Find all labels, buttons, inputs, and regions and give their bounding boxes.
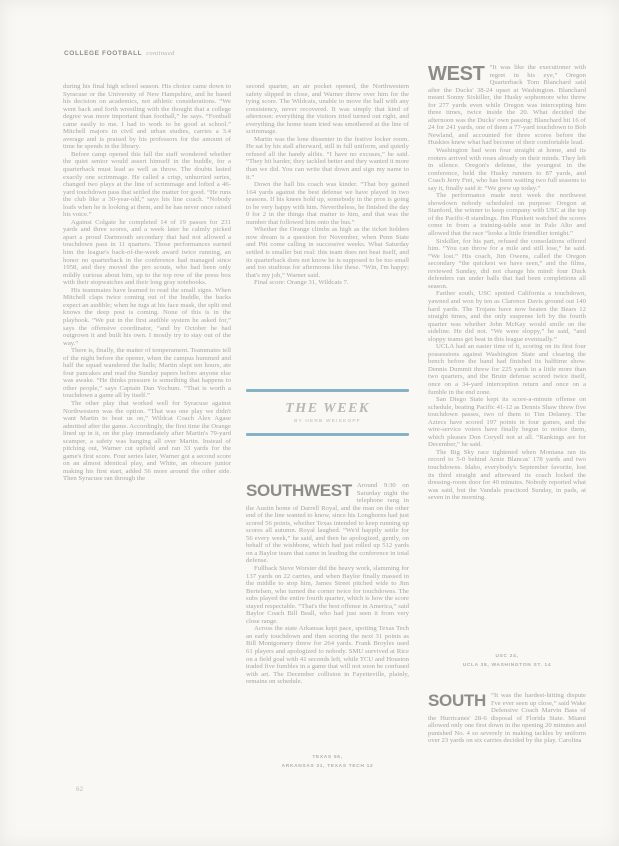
the-week-title: THE WEEK	[246, 401, 409, 417]
body-paragraph: The other play that worked well for Syra…	[63, 400, 231, 483]
the-week-box: THE WEEK by HERB WEISKOPF	[246, 389, 409, 436]
west-section: WEST “It was like the executioner with r…	[428, 64, 586, 648]
body-paragraph: Whether the Orange climbs as high as the…	[246, 226, 409, 279]
middle-column-top: second quarter, an air pocket opened, th…	[246, 83, 409, 364]
body-paragraph: Fullback Steve Worster did the heavy wor…	[246, 565, 409, 625]
body-paragraph: Sixkiller, for his part, refused the con…	[428, 238, 586, 291]
southwest-scores: TEXAS 56, ARKANSAS 31, TEXAS TECH 12	[246, 753, 409, 771]
body-paragraph: Against Colgate he completed 14 of 19 pa…	[63, 219, 231, 287]
body-paragraph: UCLA had an easier time of it, scoring o…	[428, 343, 586, 396]
body-paragraph: Down the hall his coach was kinder. “Tha…	[246, 181, 409, 226]
page-number: 62	[76, 786, 83, 793]
the-week-byline: by HERB WEISKOPF	[246, 419, 409, 424]
body-paragraph: Washington had won four straight at home…	[428, 147, 586, 192]
score-line: UCLA 38, WASHINGTON ST. 14	[428, 661, 586, 670]
body-paragraph: Farther south, USC spotted California a …	[428, 290, 586, 343]
body-paragraph: His teammates have learned to read the s…	[63, 287, 231, 347]
south-section: SOUTH “It was the hardest-hitting disput…	[428, 692, 586, 772]
section-heading-south: SOUTH	[428, 692, 486, 709]
left-column: during his final high school season. His…	[63, 83, 231, 788]
west-scores: USC 24, UCLA 38, WASHINGTON ST. 14	[428, 652, 586, 670]
score-line: TEXAS 56,	[246, 753, 409, 762]
score-line: USC 24,	[428, 652, 586, 661]
body-paragraph: There is, finally, the matter of tempera…	[63, 347, 231, 400]
body-paragraph: during his final high school season. His…	[63, 83, 231, 151]
bottom-rule	[246, 433, 409, 436]
body-paragraph: Final score: Orange 31, Wildcats 7.	[246, 279, 409, 287]
running-head: COLLEGE FOOTBALLcontinued	[64, 50, 175, 57]
section-heading-west: WEST	[428, 64, 485, 84]
body-paragraph: Before camp opened this fall the staff w…	[63, 151, 231, 219]
magazine-page: COLLEGE FOOTBALLcontinued during his fin…	[0, 0, 619, 846]
southwest-section: SOUTHWEST Around 9:30 on Saturday night …	[246, 482, 409, 746]
score-line: ARKANSAS 31, TEXAS TECH 12	[246, 762, 409, 771]
running-head-continued: continued	[146, 50, 174, 57]
body-paragraph: San Diego State kept its score-a-minute …	[428, 396, 586, 449]
top-rule	[246, 389, 409, 392]
body-paragraph: The performance made next week the north…	[428, 192, 586, 237]
running-head-title: COLLEGE FOOTBALL	[64, 50, 142, 57]
body-paragraph: Across the state Arkansas kept pace, spo…	[246, 625, 409, 685]
section-heading-southwest: SOUTHWEST	[246, 482, 352, 499]
body-paragraph: second quarter, an air pocket opened, th…	[246, 83, 409, 136]
body-paragraph: Martin was the lone dissenter in the fes…	[246, 136, 409, 181]
body-paragraph: The Big Sky race tightened when Montana …	[428, 449, 586, 502]
